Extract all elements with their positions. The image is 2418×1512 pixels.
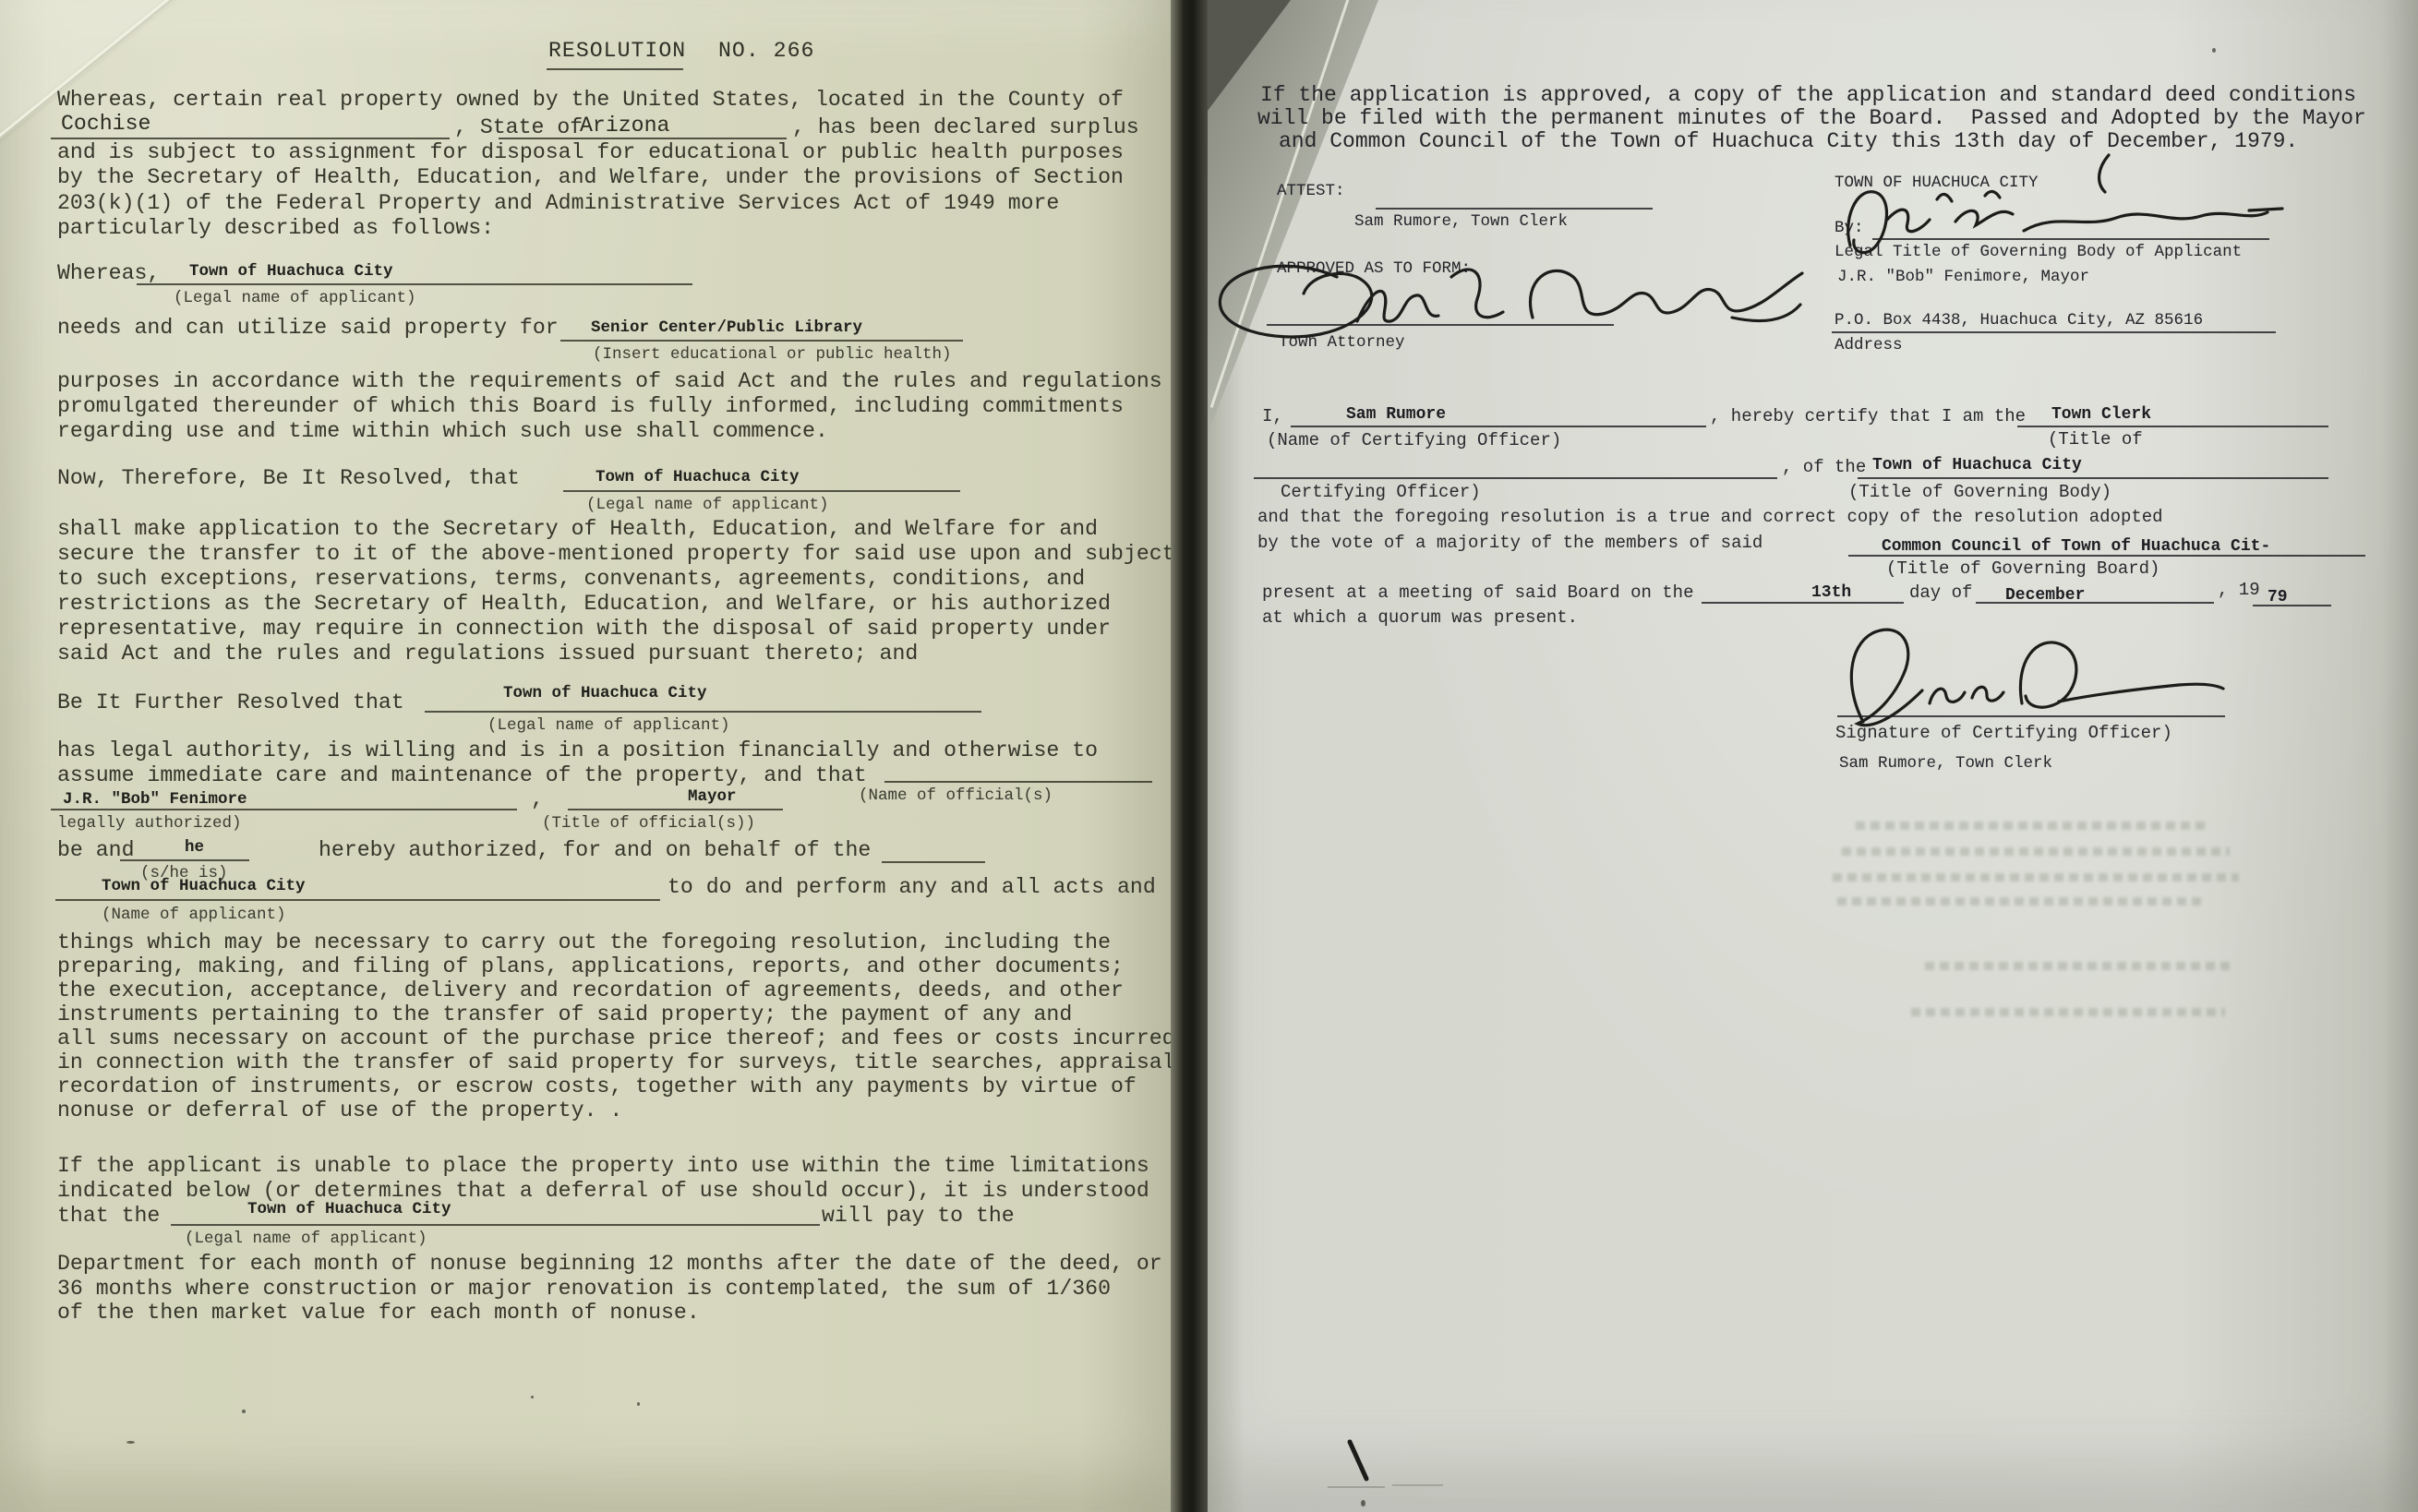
form-label: (Title of Governing Board): [1886, 559, 2159, 580]
body-line: will be filed with the permanent minutes…: [1257, 106, 2366, 130]
underline: [1291, 426, 1706, 427]
body-line: the execution, acceptance, delivery and …: [57, 978, 1124, 1003]
body-line: by the vote of a majority of the members…: [1257, 534, 1762, 554]
body-line: nonuse or deferral of use of the propert…: [57, 1098, 622, 1123]
body-segment: to do and perform any and all acts and: [668, 875, 1156, 900]
body-line: restrictions as the Secretary of Health,…: [57, 592, 1111, 617]
body-line: to such exceptions, reservations, terms,…: [57, 567, 1085, 592]
resolution-title: RESOLUTION: [548, 39, 686, 64]
body-segment: , hereby certify that I am the: [1710, 407, 2026, 427]
fill-state: Arizona: [580, 114, 669, 138]
bleed-through-text: [1837, 897, 2207, 906]
body-line: and Common Council of the Town of Huachu…: [1279, 129, 2298, 153]
underline: [1837, 715, 2225, 717]
pen-dash: [1392, 1484, 1443, 1486]
pen-dot: [2212, 48, 2216, 53]
body-line: things which may be necessary to carry o…: [57, 930, 1111, 955]
body-segment: , 19: [2218, 581, 2260, 601]
body-line: indicated below (or determines that a de…: [57, 1179, 1149, 1204]
form-label: Signature of Certifying Officer): [1835, 724, 2172, 744]
pen-dot: [1361, 1500, 1365, 1506]
body-segment: hereby authorized, for and on behalf of …: [319, 838, 871, 863]
attest-name: Sam Rumore, Town Clerk: [1354, 212, 1568, 231]
body-line: said Act and the rules and regulations i…: [57, 642, 918, 666]
underline: [55, 899, 660, 901]
body-line: preparing, making, and filing of plans, …: [57, 954, 1124, 979]
underline: [51, 138, 450, 139]
underline: [425, 711, 981, 713]
fill-governing-board: Common Council of Town of Huachuca Cit-: [1882, 537, 2270, 557]
body-segment: will pay to the: [822, 1204, 1015, 1229]
underline: [563, 490, 960, 492]
underline: [1267, 324, 1614, 326]
fill-applicant: Town of Huachuca City: [503, 684, 707, 702]
body-line: at which a quorum was present.: [1262, 608, 1578, 629]
body-line: and that the foregoing resolution is a t…: [1257, 508, 2163, 528]
body-segment: I,: [1262, 407, 1283, 427]
pen-dash: [1328, 1486, 1385, 1488]
fill-day: 13th: [1811, 583, 1851, 603]
paper-speck: [531, 1396, 534, 1398]
underline: [171, 1224, 820, 1226]
fill-use: Senior Center/Public Library: [591, 318, 862, 337]
underline: [1376, 208, 1653, 210]
form-label: (Legal name of applicant): [185, 1230, 427, 1248]
underline: [1976, 602, 2214, 604]
underline: [882, 861, 985, 863]
form-label: legally authorized): [57, 814, 242, 833]
town-name: TOWN OF HUACHUCA CITY: [1835, 174, 2039, 192]
body-line: and is subject to assignment for disposa…: [57, 140, 1124, 165]
body-segment: , has been declared surplus: [792, 115, 1139, 140]
body-segment: ,: [531, 787, 544, 812]
mayor-name: J.R. "Bob" Fenimore, Mayor: [1837, 268, 2089, 286]
underline: [2017, 426, 2328, 427]
body-line: recordation of instruments, or escrow co…: [57, 1074, 1137, 1099]
underline: [51, 809, 517, 810]
body-line: If the application is approved, a copy o…: [1260, 83, 2356, 107]
form-label: (Title of: [2048, 430, 2143, 450]
body-segment: Whereas,: [57, 261, 160, 286]
underline: [1702, 602, 1904, 604]
fill-governing-body: Town of Huachuca City: [1872, 456, 2082, 475]
bleed-through-text: [1833, 873, 2239, 882]
body-line: secure the transfer to it of the above-m…: [57, 542, 1175, 567]
bleed-through-text: [1911, 1008, 2225, 1016]
fill-official-title: Mayor: [688, 787, 737, 806]
fill-official-name: J.R. "Bob" Fenimore: [63, 790, 247, 809]
bleed-through-text: [1842, 847, 2230, 856]
body-line: Department for each month of nonuse begi…: [57, 1252, 1162, 1277]
fill-certifying-name: Sam Rumore: [1346, 405, 1446, 425]
underline: [1254, 477, 1777, 479]
attest-label: ATTEST:: [1277, 182, 1345, 200]
underline: [137, 283, 692, 285]
underline: [1858, 477, 2328, 479]
address-label: Address: [1835, 336, 1903, 354]
form-label: (Legal name of applicant): [586, 496, 829, 514]
body-line: all sums necessary on account of the pur…: [57, 1026, 1175, 1051]
body-line: representative, may require in connectio…: [57, 617, 1111, 642]
form-label: (Legal name of applicant): [487, 716, 730, 735]
scanned-document: RESOLUTION NO. 266 Whereas, certain real…: [0, 0, 2418, 1512]
fill-pronoun: he: [185, 838, 204, 857]
paper-speck: [242, 1410, 246, 1413]
underline: [884, 781, 1152, 783]
fill-applicant: Town of Huachuca City: [102, 877, 306, 895]
body-line: regarding use and time within which such…: [57, 419, 828, 444]
body-line: assume immediate care and maintenance of…: [57, 763, 867, 788]
underline: [568, 809, 783, 810]
form-label: Certifying Officer): [1281, 483, 1481, 503]
fill-applicant: Town of Huachuca City: [595, 468, 800, 486]
paper-speck: [126, 1441, 135, 1444]
fill-county: Cochise: [61, 112, 150, 137]
body-line: If the applicant is unable to place the …: [57, 1154, 1149, 1179]
body-segment: Now, Therefore, Be It Resolved, that: [57, 466, 520, 491]
paper-speck: [444, 1058, 448, 1062]
body-line: instruments pertaining to the transfer o…: [57, 1002, 1072, 1027]
page-gutter-shadow: [1171, 0, 1208, 1512]
body-line: promulgated thereunder of which this Boa…: [57, 394, 1124, 419]
bleed-through-text: [1925, 962, 2230, 970]
body-line: 36 months where construction or major re…: [57, 1277, 1111, 1302]
body-line: shall make application to the Secretary …: [57, 517, 1098, 542]
signer-name: Sam Rumore, Town Clerk: [1839, 754, 2052, 773]
underline: [1872, 238, 2269, 240]
form-label: (Title of official(s)): [542, 814, 755, 833]
body-segment: , of the: [1782, 458, 1866, 478]
body-segment: Be It Further Resolved that: [57, 690, 404, 715]
underline: [2253, 605, 2331, 606]
body-segment: present at a meeting of said Board on th…: [1262, 583, 1693, 604]
body-segment: that the: [57, 1204, 160, 1229]
form-label: (Name of applicant): [102, 906, 286, 924]
underline: [547, 68, 683, 70]
resolution-number: NO. 266: [718, 39, 814, 64]
body-line: Whereas, certain real property owned by …: [57, 88, 1124, 113]
body-line: needs and can utilize said property for: [57, 316, 559, 341]
fill-applicant: Town of Huachuca City: [189, 262, 393, 281]
body-line: 203(k)(1) of the Federal Property and Ad…: [57, 191, 1059, 216]
by-label: By:: [1835, 219, 1864, 237]
attorney-label: Town Attorney: [1279, 333, 1405, 352]
form-label: (Legal name of applicant): [174, 289, 416, 307]
body-line: has legal authority, is willing and is i…: [57, 738, 1098, 763]
body-line: in connection with the transfer of said …: [57, 1050, 1188, 1075]
underline: [120, 859, 249, 861]
form-label: (Insert educational or public health): [593, 345, 952, 364]
address-value: P.O. Box 4438, Huachuca City, AZ 85616: [1835, 311, 2203, 330]
body-line: particularly described as follows:: [57, 216, 494, 241]
form-label: (Name of official(s): [859, 786, 1053, 805]
underline: [1832, 331, 2276, 333]
form-label: (Title of Governing Body): [1848, 483, 2111, 503]
body-line: by the Secretary of Health, Education, a…: [57, 165, 1124, 190]
bleed-through-text: [1856, 822, 2207, 830]
paper-speck: [637, 1402, 640, 1406]
form-label: Legal Title of Governing Body of Applica…: [1835, 243, 2242, 261]
fill-certifying-title: Town Clerk: [2051, 405, 2151, 425]
body-segment: , State of: [454, 115, 583, 140]
form-label: (Name of Certifying Officer): [1267, 431, 1561, 451]
underline: [1848, 555, 2365, 557]
body-line: of the then market value for each month …: [57, 1301, 700, 1326]
fill-applicant: Town of Huachuca City: [247, 1200, 451, 1218]
approved-label: APPROVED AS TO FORM:: [1277, 259, 1471, 278]
body-line: purposes in accordance with the requirem…: [57, 369, 1162, 394]
body-segment: day of: [1909, 583, 1972, 604]
underline: [560, 340, 963, 342]
